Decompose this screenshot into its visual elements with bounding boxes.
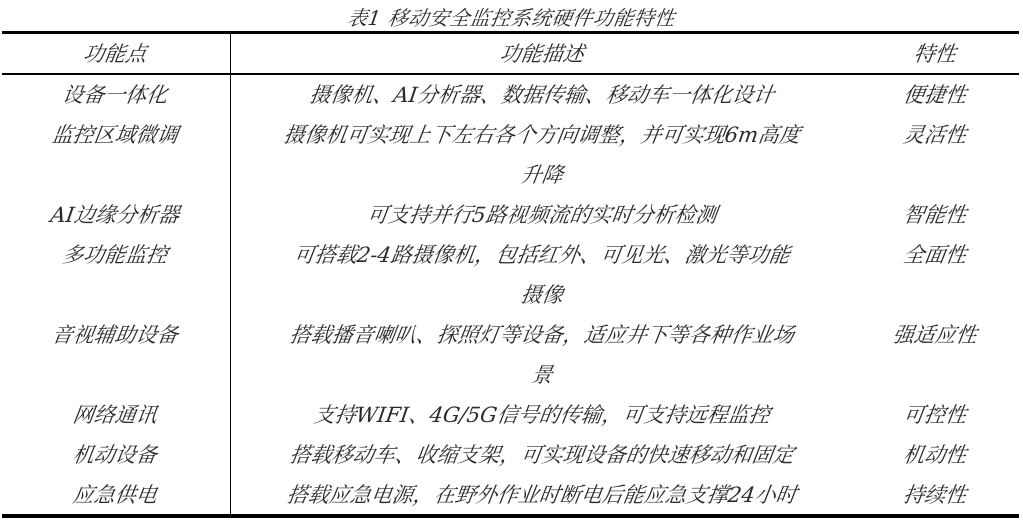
function-point: 音视辅助设备 — [0, 315, 233, 355]
function-description: 搭载移动车、收缩支架，可实现设备的快速移动和固定 — [229, 435, 855, 475]
function-point: 多功能监控 — [0, 235, 233, 275]
function-description: 搭载应急电源，在野外作业时断电后能应急支撑24小时 — [229, 475, 855, 515]
function-point: 监控区域微调 — [0, 115, 233, 155]
header-function-description: 功能描述 — [229, 34, 855, 74]
feature: 智能性 — [857, 195, 1013, 235]
function-point: 机动设备 — [0, 435, 233, 475]
feature: 强适应性 — [857, 315, 1013, 355]
feature: 便捷性 — [857, 75, 1013, 115]
function-description: 支持WIFI、4G/5G信号的传输，可支持远程监控 — [229, 395, 855, 435]
function-point: AI边缘分析器 — [0, 195, 233, 235]
function-point: 网络通讯 — [0, 395, 233, 435]
feature: 全面性 — [857, 235, 1013, 275]
function-point: 应急供电 — [0, 475, 233, 515]
table-caption: 表1 移动安全监控系统硬件功能特性 — [0, 2, 1023, 31]
function-description-cont: 景 — [229, 355, 855, 395]
function-description: 摄像机可实现上下左右各个方向调整，并可实现6m高度 — [229, 115, 855, 155]
function-description-cont: 摄像 — [229, 275, 855, 315]
function-point: 设备一体化 — [0, 75, 233, 115]
function-description: 可搭载2-4路摄像机，包括红外、可见光、激光等功能 — [229, 235, 855, 275]
function-description: 可支持并行5路视频流的实时分析检测 — [229, 195, 855, 235]
function-description: 搭载播音喇叭、探照灯等设备，适应井下等各种作业场 — [229, 315, 855, 355]
feature: 灵活性 — [857, 115, 1013, 155]
function-description: 摄像机、AI分析器、数据传输、移动车一体化设计 — [229, 75, 855, 115]
header-feature: 特性 — [857, 34, 1013, 74]
feature: 机动性 — [857, 435, 1013, 475]
header-function-point: 功能点 — [0, 34, 233, 74]
feature: 可控性 — [857, 395, 1013, 435]
function-description-cont: 升降 — [229, 155, 855, 195]
feature: 持续性 — [857, 475, 1013, 515]
